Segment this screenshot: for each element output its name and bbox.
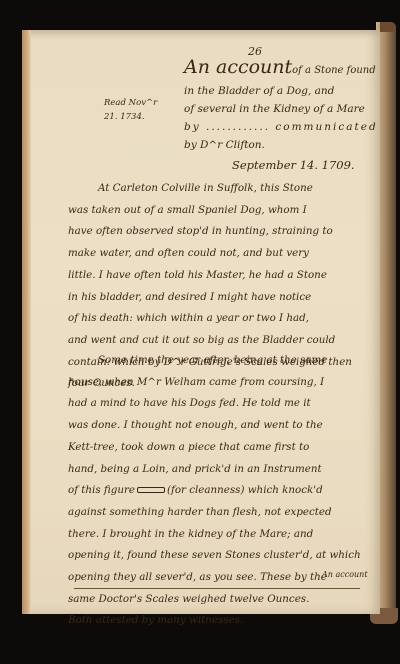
instrument-figure-icon xyxy=(137,487,165,493)
read-note-line: Read Nov^r xyxy=(104,96,157,110)
text-line: there. I brought in the kidney of the Ma… xyxy=(68,524,372,546)
text-line: make water, and often could not, and but… xyxy=(68,243,372,265)
text-line: house, when M^r Welham came from coursin… xyxy=(68,372,372,394)
catchword: An account xyxy=(322,570,368,579)
text-line: was done. I thought not enough, and went… xyxy=(68,415,372,437)
text-line: against something harder than flesh, not… xyxy=(68,502,372,524)
title-line: in the Bladder of a Dog, and xyxy=(184,82,384,100)
read-note-line: 21. 1734. xyxy=(104,110,157,124)
text-line: little. I have often told his Master, he… xyxy=(68,265,372,287)
page-gutter xyxy=(22,30,31,614)
text-fragment: (for cleanness) which knock'd xyxy=(167,484,323,496)
title-big: An account xyxy=(184,56,292,78)
title-small: of a Stone found xyxy=(292,65,375,76)
text-line: opening it, found these seven Stones clu… xyxy=(68,545,372,567)
title-line: of several in the Kidney of a Mare xyxy=(184,100,384,118)
text-line: Both attested by many witnesses. xyxy=(68,610,372,632)
book-cover-corner-top xyxy=(380,22,396,32)
entry-date: September 14. 1709. xyxy=(232,158,355,172)
ruled-line xyxy=(74,588,360,589)
text-line: of his death: which within a year or two… xyxy=(68,308,372,330)
text-line-with-figure: of this figure(for cleanness) which knoc… xyxy=(68,480,372,502)
title-line: by D^r Clifton. xyxy=(184,136,384,154)
title-first-line: An accountof a Stone found xyxy=(184,56,384,82)
marginal-read-note: Read Nov^r 21. 1734. xyxy=(104,96,157,124)
text-line: At Carleton Colville in Suffolk, this St… xyxy=(68,178,372,200)
text-line: same Doctor's Scales weighed twelve Ounc… xyxy=(68,589,372,611)
text-line: have often observed stop'd in hunting, s… xyxy=(68,221,372,243)
title-block: An accountof a Stone found in the Bladde… xyxy=(184,56,384,154)
text-fragment: of this figure xyxy=(68,484,135,496)
manuscript-page: 26 An accountof a Stone found in the Bla… xyxy=(22,30,380,614)
text-line: hand, being a Loin, and prick'd in an In… xyxy=(68,459,372,481)
text-line: Kett-tree, took down a piece that came f… xyxy=(68,437,372,459)
text-line: in his bladder, and desired I might have… xyxy=(68,287,372,309)
paragraph-2: Some time the year after, being at the s… xyxy=(68,350,372,632)
text-line: Some time the year after, being at the s… xyxy=(68,350,372,372)
title-line: by ............ communicated xyxy=(184,118,384,136)
text-line: was taken out of a small Spaniel Dog, wh… xyxy=(68,200,372,222)
text-line: and went and cut it out so big as the Bl… xyxy=(68,330,372,352)
text-line: had a mind to have his Dogs fed. He told… xyxy=(68,393,372,415)
